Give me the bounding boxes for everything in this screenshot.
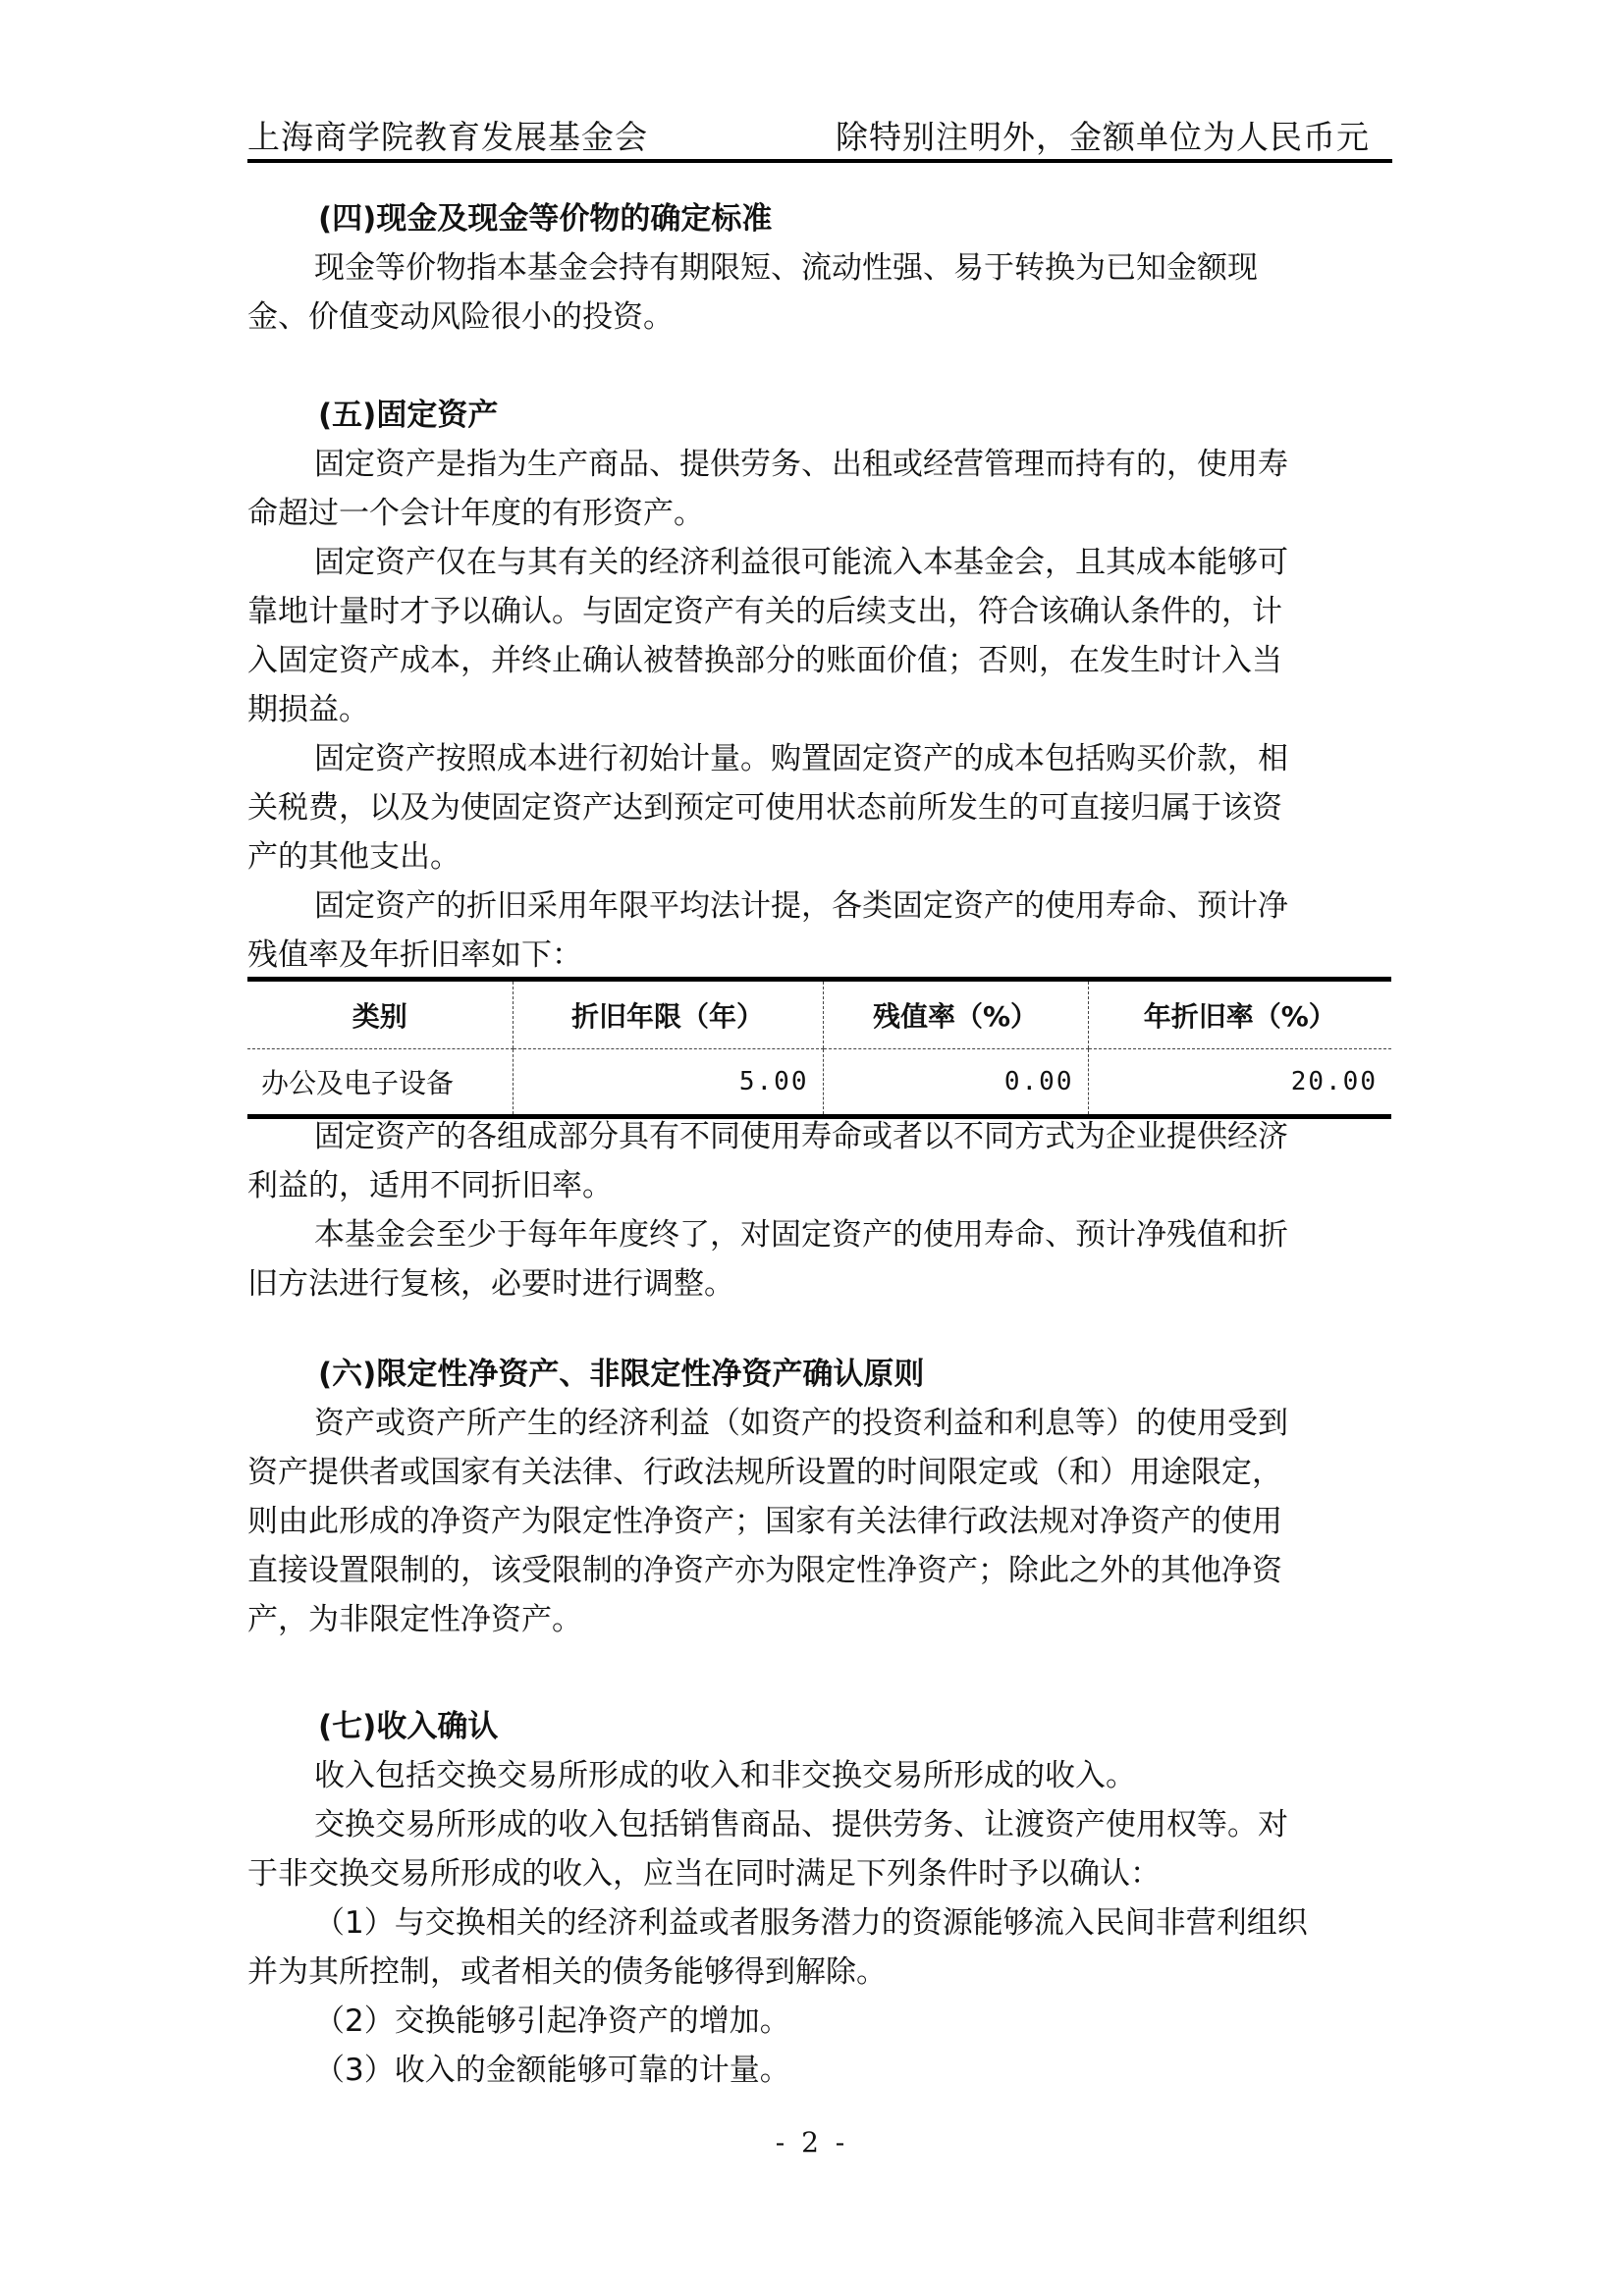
section-title: (七)收入确认 [247, 1702, 1367, 1751]
paragraph: 固定资产按照成本进行初始计量。购置固定资产的成本包括购买价款，相 关税费，以及为… [247, 734, 1367, 881]
depreciation-table: 类别 折旧年限（年） 残值率（%） 年折旧率（%） 办公及电子设备 5.00 0… [247, 977, 1391, 1119]
text-line: 关税费，以及为使固定资产达到预定可使用状态前所发生的可直接归属于该资 [247, 783, 1367, 832]
paragraph: 本基金会至少于每年年度终了，对固定资产的使用寿命、预计净残值和折 旧方法进行复核… [247, 1210, 1367, 1308]
text-line: 固定资产仅在与其有关的经济利益很可能流入本基金会，且其成本能够可 [247, 538, 1367, 587]
paragraph: 固定资产仅在与其有关的经济利益很可能流入本基金会，且其成本能够可 靠地计量时才予… [247, 538, 1367, 734]
page-number: - 2 - [0, 2126, 1624, 2159]
text-line: 现金等价物指本基金会持有期限短、流动性强、易于转换为已知金额现 [247, 243, 1367, 293]
section-fixed-assets: (五)固定资产 固定资产是指为生产商品、提供劳务、出租或经营管理而持有的，使用寿… [247, 391, 1367, 980]
paragraph: 固定资产是指为生产商品、提供劳务、出租或经营管理而持有的，使用寿 命超过一个会计… [247, 440, 1367, 538]
text-line: （1）与交换相关的经济利益或者服务潜力的资源能够流入民间非营利组织 [247, 1898, 1367, 1948]
text-line: 命超过一个会计年度的有形资产。 [247, 489, 1367, 538]
section-title: (六)限定性净资产、非限定性净资产确认原则 [247, 1350, 1367, 1399]
text-line: 旧方法进行复核，必要时进行调整。 [247, 1259, 1367, 1308]
column-header: 残值率（%） [823, 980, 1088, 1049]
text-line: 金、价值变动风险很小的投资。 [247, 293, 1367, 342]
paragraph: 交换交易所形成的收入包括销售商品、提供劳务、让渡资产使用权等。对 于非交换交易所… [247, 1800, 1367, 1898]
text-line: 产，为非限定性净资产。 [247, 1595, 1367, 1644]
condition-2: （2）交换能够引起净资产的增加。 [247, 1997, 1367, 2046]
text-line: 固定资产的折旧采用年限平均法计提，各类固定资产的使用寿命、预计净 [247, 881, 1367, 931]
section-net-assets: (六)限定性净资产、非限定性净资产确认原则 资产或资产所产生的经济利益（如资产的… [247, 1350, 1367, 1644]
column-header: 类别 [247, 980, 513, 1049]
paragraph: 固定资产的各组成部分具有不同使用寿命或者以不同方式为企业提供经济 利益的，适用不… [247, 1112, 1367, 1210]
category-cell: 办公及电子设备 [247, 1049, 513, 1117]
text-line: 资产或资产所产生的经济利益（如资产的投资利益和利息等）的使用受到 [247, 1399, 1367, 1448]
paragraph: 固定资产的折旧采用年限平均法计提，各类固定资产的使用寿命、预计净 残值率及年折旧… [247, 881, 1367, 980]
header-currency-note: 除特别注明外，金额单位为人民币元 [836, 114, 1370, 161]
page-header: 上海商学院教育发展基金会 除特别注明外，金额单位为人民币元 [247, 114, 1391, 161]
condition-1: （1）与交换相关的经济利益或者服务潜力的资源能够流入民间非营利组织 并为其所控制… [247, 1898, 1367, 1997]
text-line: 收入包括交换交易所形成的收入和非交换交易所形成的收入。 [247, 1751, 1367, 1800]
residual-rate-cell: 0.00 [823, 1049, 1088, 1117]
table-header-row: 类别 折旧年限（年） 残值率（%） 年折旧率（%） [247, 980, 1391, 1049]
text-line: 利益的，适用不同折旧率。 [247, 1161, 1367, 1210]
text-line: 于非交换交易所形成的收入，应当在同时满足下列条件时予以确认： [247, 1849, 1367, 1898]
text-line: 固定资产是指为生产商品、提供劳务、出租或经营管理而持有的，使用寿 [247, 440, 1367, 489]
text-line: 直接设置限制的，该受限制的净资产亦为限定性净资产；除此之外的其他净资 [247, 1546, 1367, 1595]
section-fixed-assets-continued: 固定资产的各组成部分具有不同使用寿命或者以不同方式为企业提供经济 利益的，适用不… [247, 1112, 1367, 1308]
text-line: 固定资产的各组成部分具有不同使用寿命或者以不同方式为企业提供经济 [247, 1112, 1367, 1161]
text-line: 期损益。 [247, 685, 1367, 734]
text-line: 交换交易所形成的收入包括销售商品、提供劳务、让渡资产使用权等。对 [247, 1800, 1367, 1849]
section-title: (四)现金及现金等价物的确定标准 [247, 194, 1367, 243]
header-organization: 上海商学院教育发展基金会 [247, 114, 648, 161]
paragraph: 现金等价物指本基金会持有期限短、流动性强、易于转换为已知金额现 金、价值变动风险… [247, 243, 1367, 342]
condition-3: （3）收入的金额能够可靠的计量。 [247, 2046, 1367, 2095]
header-rule [247, 159, 1392, 163]
text-line: 并为其所控制，或者相关的债务能够得到解除。 [247, 1948, 1367, 1997]
text-line: （3）收入的金额能够可靠的计量。 [247, 2046, 1367, 2095]
text-line: 本基金会至少于每年年度终了，对固定资产的使用寿命、预计净残值和折 [247, 1210, 1367, 1259]
paragraph: 资产或资产所产生的经济利益（如资产的投资利益和利息等）的使用受到 资产提供者或国… [247, 1399, 1367, 1644]
text-line: 产的其他支出。 [247, 832, 1367, 881]
column-header: 折旧年限（年） [513, 980, 823, 1049]
table-row: 办公及电子设备 5.00 0.00 20.00 [247, 1049, 1391, 1117]
years-cell: 5.00 [513, 1049, 823, 1117]
section-cash-equivalents: (四)现金及现金等价物的确定标准 现金等价物指本基金会持有期限短、流动性强、易于… [247, 194, 1367, 342]
text-line: 靠地计量时才予以确认。与固定资产有关的后续支出，符合该确认条件的，计 [247, 587, 1367, 636]
text-line: 资产提供者或国家有关法律、行政法规所设置的时间限定或（和）用途限定， [247, 1448, 1367, 1497]
section-title: (五)固定资产 [247, 391, 1367, 440]
section-revenue-recognition: (七)收入确认 收入包括交换交易所形成的收入和非交换交易所形成的收入。 交换交易… [247, 1702, 1367, 2095]
text-line: 入固定资产成本，并终止确认被替换部分的账面价值；否则，在发生时计入当 [247, 636, 1367, 685]
text-line: 固定资产按照成本进行初始计量。购置固定资产的成本包括购买价款，相 [247, 734, 1367, 783]
column-header: 年折旧率（%） [1088, 980, 1391, 1049]
text-line: 残值率及年折旧率如下： [247, 931, 1367, 980]
depreciation-rate-cell: 20.00 [1088, 1049, 1391, 1117]
text-line: （2）交换能够引起净资产的增加。 [247, 1997, 1367, 2046]
paragraph: 收入包括交换交易所形成的收入和非交换交易所形成的收入。 [247, 1751, 1367, 1800]
text-line: 则由此形成的净资产为限定性净资产；国家有关法律行政法规对净资产的使用 [247, 1497, 1367, 1546]
